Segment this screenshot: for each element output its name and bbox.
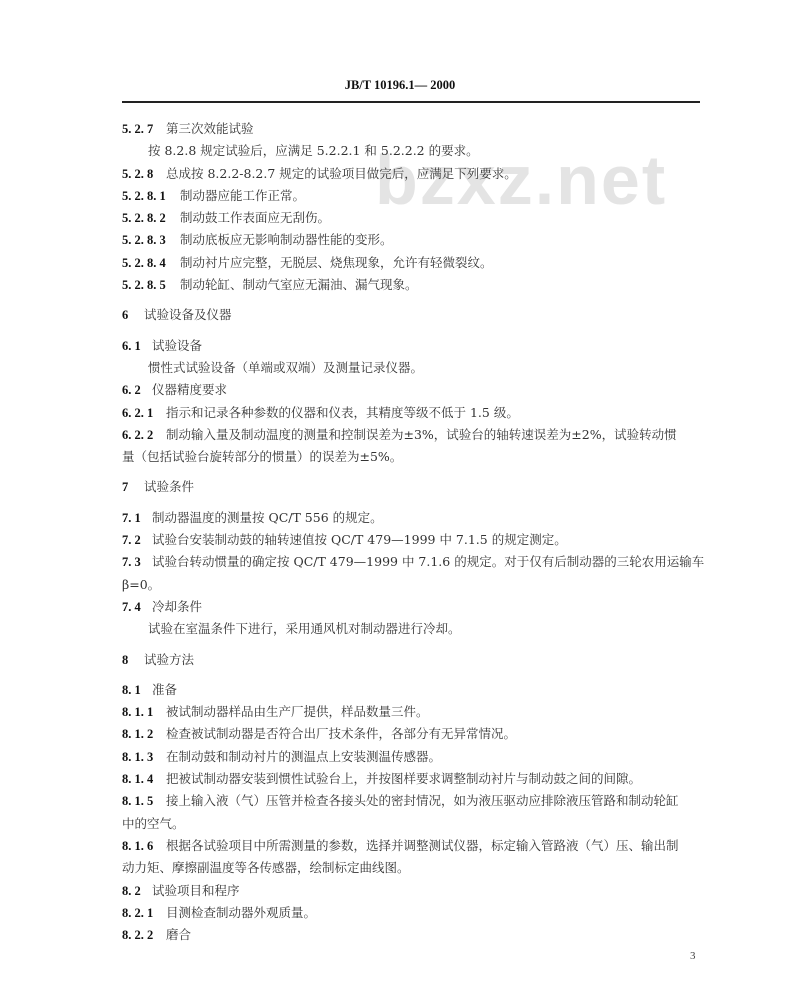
- clause-text: 制动器温度的测量按 QC/T 556 的规定。: [152, 510, 383, 525]
- document-line: 5. 2. 8. 3制动底板应无影响制动器性能的变形。: [122, 229, 702, 251]
- clause-text: 第三次效能试验: [166, 121, 254, 136]
- clause-number: 5. 2. 8: [122, 163, 166, 185]
- clause-text: 动力矩、摩擦副温度等各传感器，绘制标定曲线图。: [122, 860, 410, 875]
- clause-text: 试验项目和程序: [152, 883, 240, 898]
- document-line: 8. 1. 2检查被试制动器是否符合出厂技术条件，各部分有无异常情况。: [122, 723, 702, 745]
- clause-text: 冷却条件: [152, 599, 202, 614]
- clause-text: 总成按 8.2.2-8.2.7 规定的试验项目做完后，应满足下列要求。: [166, 166, 517, 181]
- document-line: 7. 1制动器温度的测量按 QC/T 556 的规定。: [122, 507, 702, 529]
- clause-number: 8. 1. 2: [122, 723, 166, 745]
- page-header-standard-code: JB/T 10196.1— 2000: [0, 78, 800, 93]
- clause-text: 制动底板应无影响制动器性能的变形。: [180, 232, 393, 247]
- document-line: 惯性式试验设备（单端或双端）及测量记录仪器。: [122, 357, 702, 379]
- clause-text: 试验设备及仪器: [144, 307, 232, 322]
- document-line: 8. 1. 6根据各试验项目中所需测量的参数，选择并调整测试仪器，标定输入管路液…: [122, 835, 702, 857]
- clause-number: 7. 4: [122, 596, 152, 618]
- document-line: 7. 2试验台安装制动鼓的轴转速值按 QC/T 479—1999 中 7.1.5…: [122, 529, 702, 551]
- clause-number: 5. 2. 8. 3: [122, 229, 180, 251]
- document-line: 7试验条件: [122, 476, 702, 498]
- document-body: 5. 2. 7第三次效能试验按 8.2.8 规定试验后，应满足 5.2.2.1 …: [122, 118, 702, 946]
- header-rule: [122, 101, 700, 103]
- document-line: 8. 1. 1被试制动器样品由生产厂提供，样品数量三件。: [122, 701, 702, 723]
- document-line: 8. 1. 5接上输入液（气）压管并检查各接头处的密封情况，如为液压驱动应排除液…: [122, 790, 702, 812]
- clause-number: 8. 1. 1: [122, 701, 166, 723]
- clause-text: 制动衬片应完整，无脱层、烧焦现象，允许有轻微裂纹。: [180, 255, 493, 270]
- clause-number: 8. 1. 6: [122, 835, 166, 857]
- clause-text: 被试制动器样品由生产厂提供，样品数量三件。: [166, 704, 429, 719]
- clause-number: 7. 1: [122, 507, 152, 529]
- clause-number: 8. 1. 3: [122, 746, 166, 768]
- document-line: 8. 2. 1目测检查制动器外观质量。: [122, 902, 702, 924]
- document-line: 试验在室温条件下进行，采用通风机对制动器进行冷却。: [122, 618, 702, 640]
- clause-text: 制动鼓工作表面应无刮伤。: [180, 210, 330, 225]
- clause-text: β=0。: [122, 577, 160, 592]
- clause-number: 6: [122, 304, 144, 326]
- document-line: 5. 2. 8总成按 8.2.2-8.2.7 规定的试验项目做完后，应满足下列要…: [122, 163, 702, 185]
- document-line: 6. 1试验设备: [122, 335, 702, 357]
- document-line: 5. 2. 7第三次效能试验: [122, 118, 702, 140]
- clause-number: 7. 3: [122, 551, 152, 573]
- clause-text: 在制动鼓和制动衬片的测温点上安装测温传感器。: [166, 749, 441, 764]
- clause-text: 试验台转动惯量的确定按 QC/T 479—1999 中 7.1.6 的规定。对于…: [152, 554, 704, 569]
- document-line: 8. 1准备: [122, 679, 702, 701]
- document-line: 中的空气。: [122, 813, 702, 835]
- document-line: β=0。: [122, 574, 702, 596]
- clause-number: 8. 1. 4: [122, 768, 166, 790]
- document-line: 8. 1. 4把被试制动器安装到惯性试验台上，并按图样要求调整制动衬片与制动鼓之…: [122, 768, 702, 790]
- document-line: 5. 2. 8. 2制动鼓工作表面应无刮伤。: [122, 207, 702, 229]
- clause-number: 8. 1. 5: [122, 790, 166, 812]
- clause-text: 仪器精度要求: [152, 382, 227, 397]
- clause-text: 准备: [152, 682, 177, 697]
- clause-text: 接上输入液（气）压管并检查各接头处的密封情况，如为液压驱动应排除液压管路和制动轮…: [166, 793, 679, 808]
- clause-text: 试验设备: [152, 338, 202, 353]
- clause-text: 量（包括试验台旋转部分的惯量）的误差为±5%。: [122, 449, 402, 464]
- document-line: 6. 2. 1指示和记录各种参数的仪器和仪表，其精度等级不低于 1.5 级。: [122, 402, 702, 424]
- clause-number: 5. 2. 8. 5: [122, 274, 180, 296]
- document-line: 6试验设备及仪器: [122, 304, 702, 326]
- page-number: 3: [690, 950, 696, 962]
- clause-text: 试验条件: [144, 479, 194, 494]
- clause-text: 制动器应能工作正常。: [180, 188, 305, 203]
- document-line: 5. 2. 8. 4制动衬片应完整，无脱层、烧焦现象，允许有轻微裂纹。: [122, 252, 702, 274]
- document-line: 7. 4冷却条件: [122, 596, 702, 618]
- clause-number: 6. 2: [122, 379, 152, 401]
- clause-number: 7: [122, 476, 144, 498]
- clause-number: 5. 2. 8. 2: [122, 207, 180, 229]
- document-line: 8. 2试验项目和程序: [122, 880, 702, 902]
- document-line: 8. 2. 2磨合: [122, 924, 702, 946]
- clause-text: 惯性式试验设备（单端或双端）及测量记录仪器。: [148, 360, 423, 375]
- document-line: 5. 2. 8. 5制动轮缸、制动气室应无漏油、漏气现象。: [122, 274, 702, 296]
- clause-text: 按 8.2.8 规定试验后，应满足 5.2.2.1 和 5.2.2.2 的要求。: [148, 143, 479, 158]
- clause-number: 6. 2. 2: [122, 424, 166, 446]
- clause-number: 5. 2. 8. 4: [122, 252, 180, 274]
- document-line: 5. 2. 8. 1制动器应能工作正常。: [122, 185, 702, 207]
- clause-number: 5. 2. 7: [122, 118, 166, 140]
- clause-text: 检查被试制动器是否符合出厂技术条件，各部分有无异常情况。: [166, 726, 516, 741]
- clause-number: 8. 2. 1: [122, 902, 166, 924]
- clause-number: 6. 2. 1: [122, 402, 166, 424]
- clause-text: 目测检查制动器外观质量。: [166, 905, 316, 920]
- clause-number: 8. 2: [122, 880, 152, 902]
- clause-text: 指示和记录各种参数的仪器和仪表，其精度等级不低于 1.5 级。: [166, 405, 519, 420]
- clause-number: 7. 2: [122, 529, 152, 551]
- clause-number: 6. 1: [122, 335, 152, 357]
- clause-text: 试验方法: [144, 652, 194, 667]
- document-line: 6. 2. 2制动输入量及制动温度的测量和控制误差为±3%，试验台的轴转速误差为…: [122, 424, 702, 446]
- clause-text: 试验台安装制动鼓的轴转速值按 QC/T 479—1999 中 7.1.5 的规定…: [152, 532, 567, 547]
- clause-number: 5. 2. 8. 1: [122, 185, 180, 207]
- document-line: 量（包括试验台旋转部分的惯量）的误差为±5%。: [122, 446, 702, 468]
- document-line: 6. 2仪器精度要求: [122, 379, 702, 401]
- clause-text: 磨合: [166, 927, 191, 942]
- document-line: 8试验方法: [122, 649, 702, 671]
- clause-text: 制动输入量及制动温度的测量和控制误差为±3%，试验台的轴转速误差为±2%，试验转…: [166, 427, 677, 442]
- document-line: 8. 1. 3在制动鼓和制动衬片的测温点上安装测温传感器。: [122, 746, 702, 768]
- clause-number: 8. 1: [122, 679, 152, 701]
- document-line: 7. 3试验台转动惯量的确定按 QC/T 479—1999 中 7.1.6 的规…: [122, 551, 702, 573]
- clause-number: 8: [122, 649, 144, 671]
- document-line: 动力矩、摩擦副温度等各传感器，绘制标定曲线图。: [122, 857, 702, 879]
- clause-text: 试验在室温条件下进行，采用通风机对制动器进行冷却。: [148, 621, 461, 636]
- clause-number: 8. 2. 2: [122, 924, 166, 946]
- clause-text: 中的空气。: [122, 816, 185, 831]
- clause-text: 把被试制动器安装到惯性试验台上，并按图样要求调整制动衬片与制动鼓之间的间隙。: [166, 771, 641, 786]
- clause-text: 根据各试验项目中所需测量的参数，选择并调整测试仪器，标定输入管路液（气）压、输出…: [166, 838, 679, 853]
- document-line: 按 8.2.8 规定试验后，应满足 5.2.2.1 和 5.2.2.2 的要求。: [122, 140, 702, 162]
- clause-text: 制动轮缸、制动气室应无漏油、漏气现象。: [180, 277, 418, 292]
